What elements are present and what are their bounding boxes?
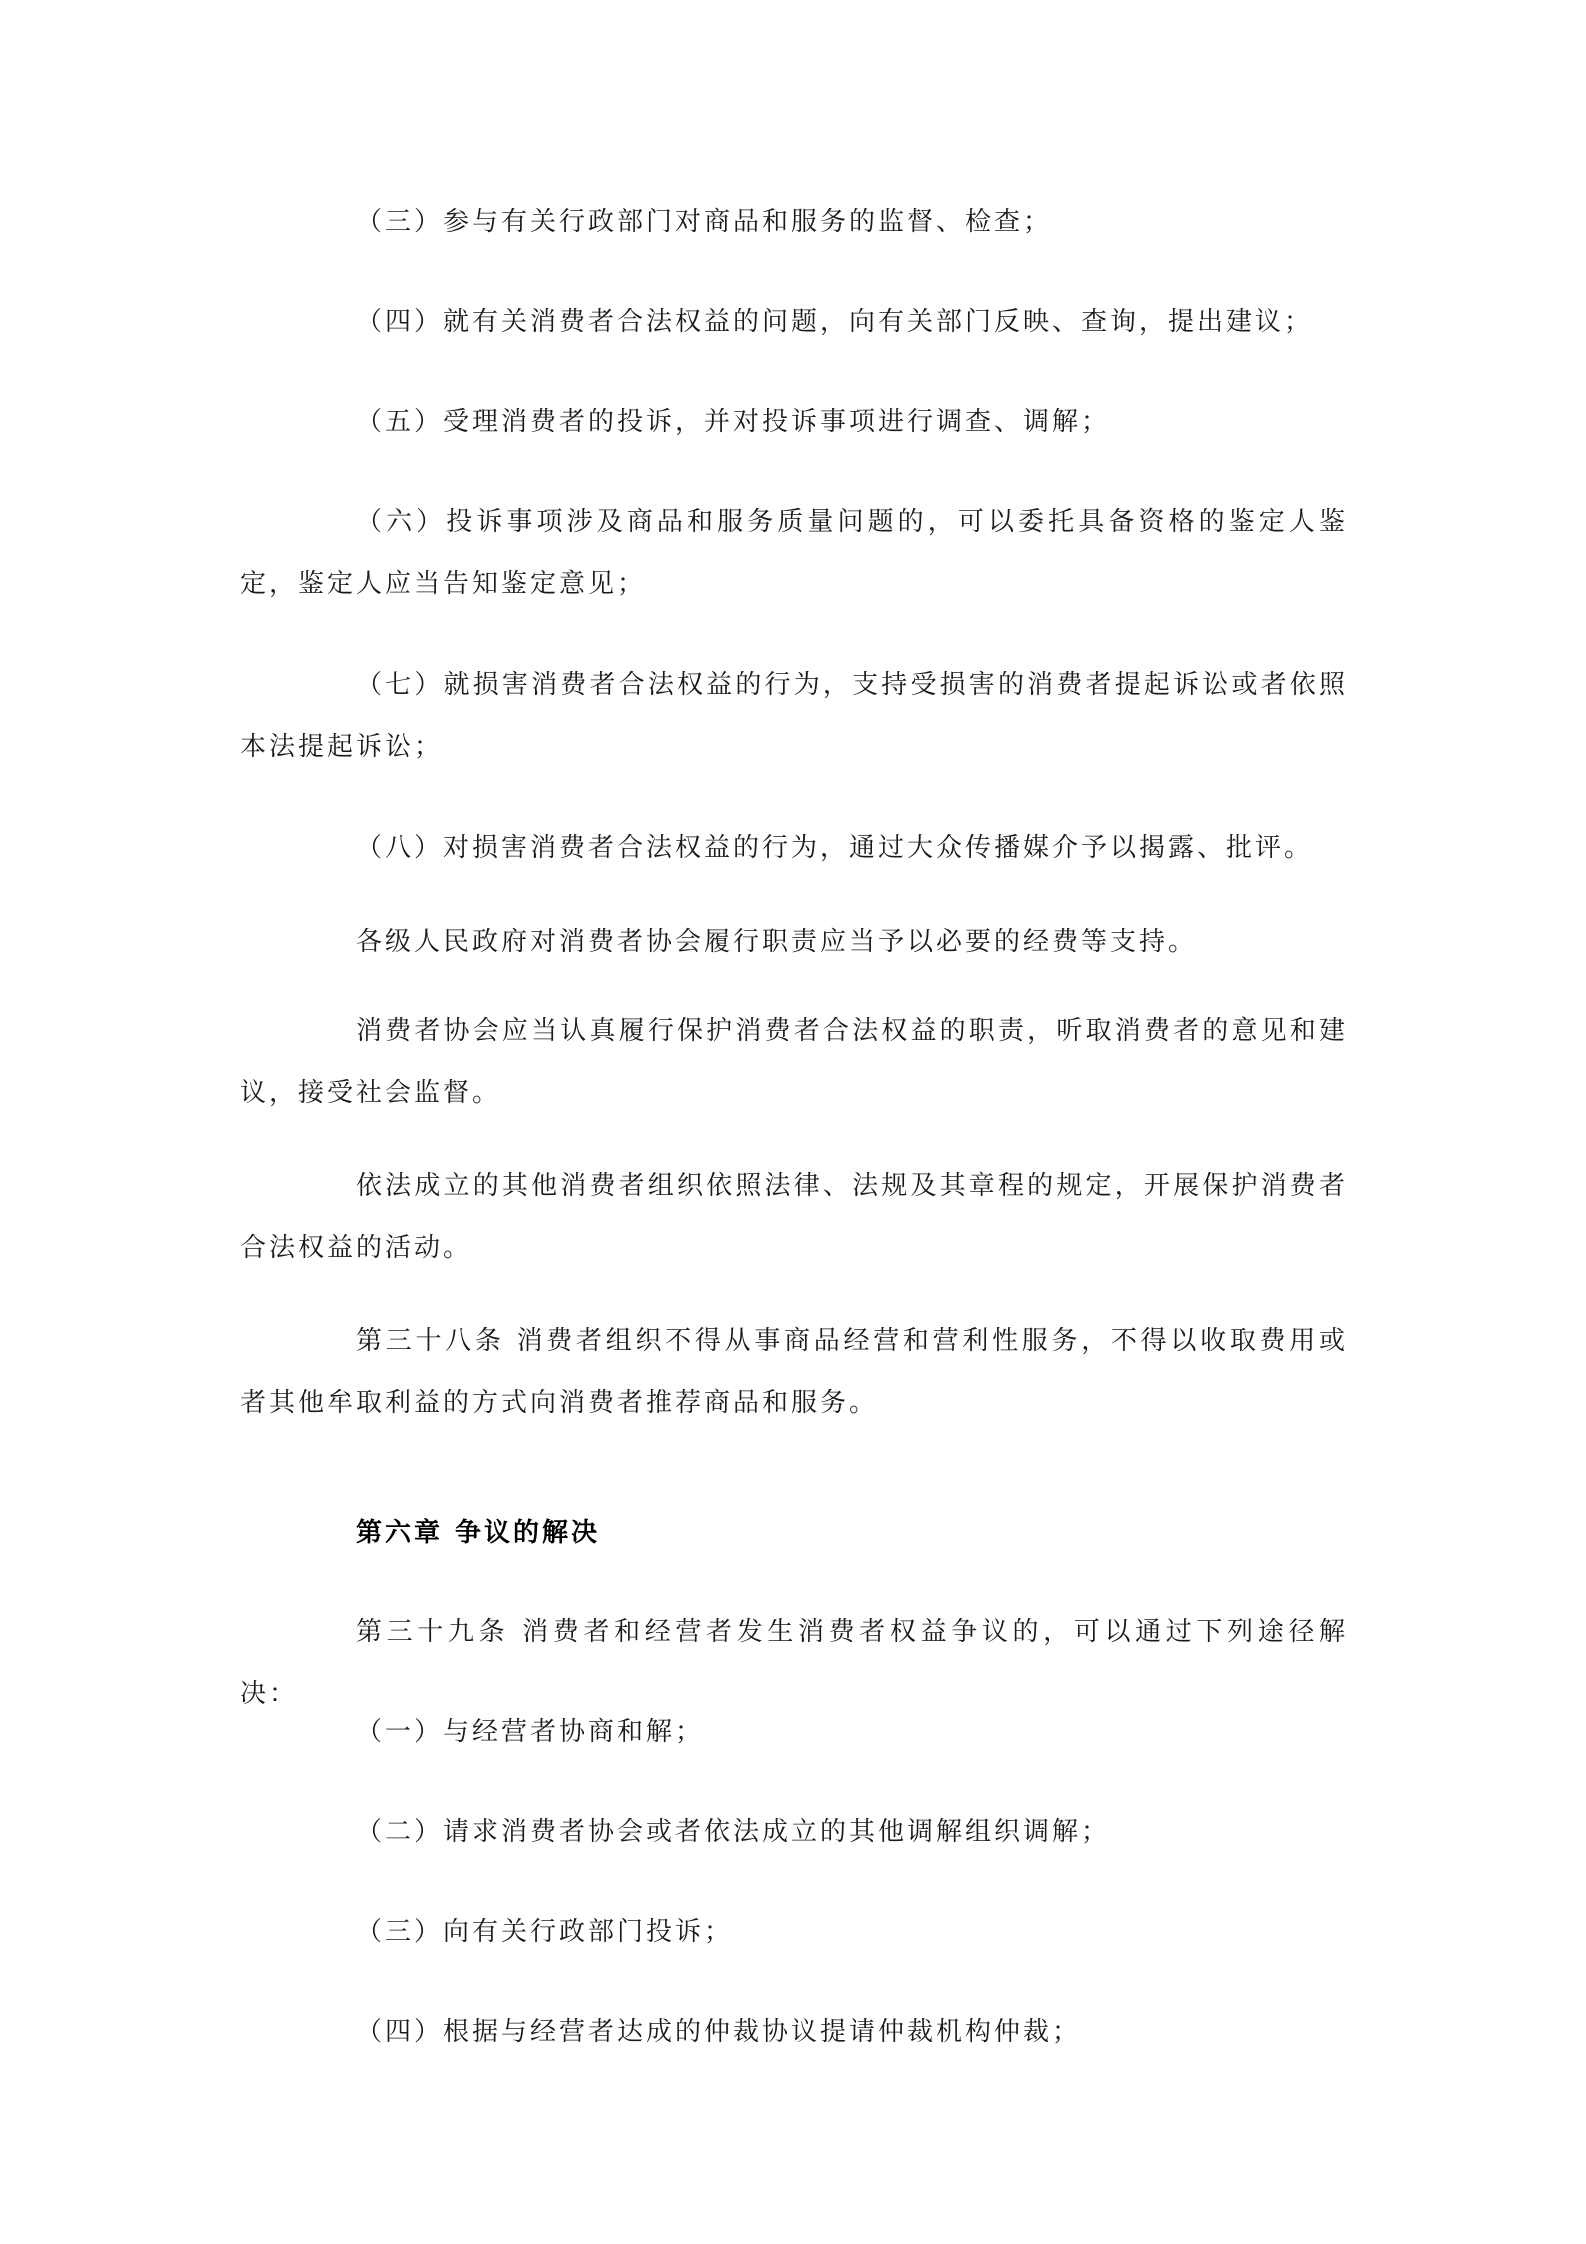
dispute-item-1-negotiation: （一）与经营者协商和解； bbox=[240, 1701, 1348, 1763]
list-item-3-supervision: （三）参与有关行政部门对商品和服务的监督、检查； bbox=[240, 191, 1348, 253]
chapter-heading: 第六章 争议的解决 bbox=[240, 1502, 1348, 1564]
dispute-item-2-mediation: （二）请求消费者协会或者依法成立的其他调解组织调解； bbox=[240, 1801, 1348, 1863]
list-item-7-litigation-support: （七）就损害消费者合法权益的行为，支持受损害的消费者提起诉讼或者依照本法提起诉讼… bbox=[240, 654, 1348, 778]
dispute-item-4-arbitration: （四）根据与经营者达成的仲裁协议提请仲裁机构仲裁； bbox=[240, 2001, 1348, 2063]
paragraph-other-organizations: 依法成立的其他消费者组织依照法律、法规及其章程的规定，开展保护消费者合法权益的活… bbox=[240, 1155, 1348, 1279]
paragraph-association-duties: 消费者协会应当认真履行保护消费者合法权益的职责，听取消费者的意见和建议，接受社会… bbox=[240, 1000, 1348, 1124]
article-38: 第三十八条 消费者组织不得从事商品经营和营利性服务，不得以收取费用或者其他牟取利… bbox=[240, 1310, 1348, 1434]
document-page: （三）参与有关行政部门对商品和服务的监督、检查； （四）就有关消费者合法权益的问… bbox=[0, 0, 1586, 2244]
dispute-item-3-administrative-complaint: （三）向有关行政部门投诉； bbox=[240, 1901, 1348, 1963]
list-item-5-complaints: （五）受理消费者的投诉，并对投诉事项进行调查、调解； bbox=[240, 391, 1348, 453]
list-item-4-report-inquiry: （四）就有关消费者合法权益的问题，向有关部门反映、查询，提出建议； bbox=[240, 291, 1348, 353]
list-item-6-appraisal: （六）投诉事项涉及商品和服务质量问题的，可以委托具备资格的鉴定人鉴定，鉴定人应当… bbox=[240, 491, 1348, 615]
paragraph-government-support: 各级人民政府对消费者协会履行职责应当予以必要的经费等支持。 bbox=[240, 911, 1348, 973]
list-item-8-media-exposure: （八）对损害消费者合法权益的行为，通过大众传播媒介予以揭露、批评。 bbox=[240, 817, 1348, 879]
